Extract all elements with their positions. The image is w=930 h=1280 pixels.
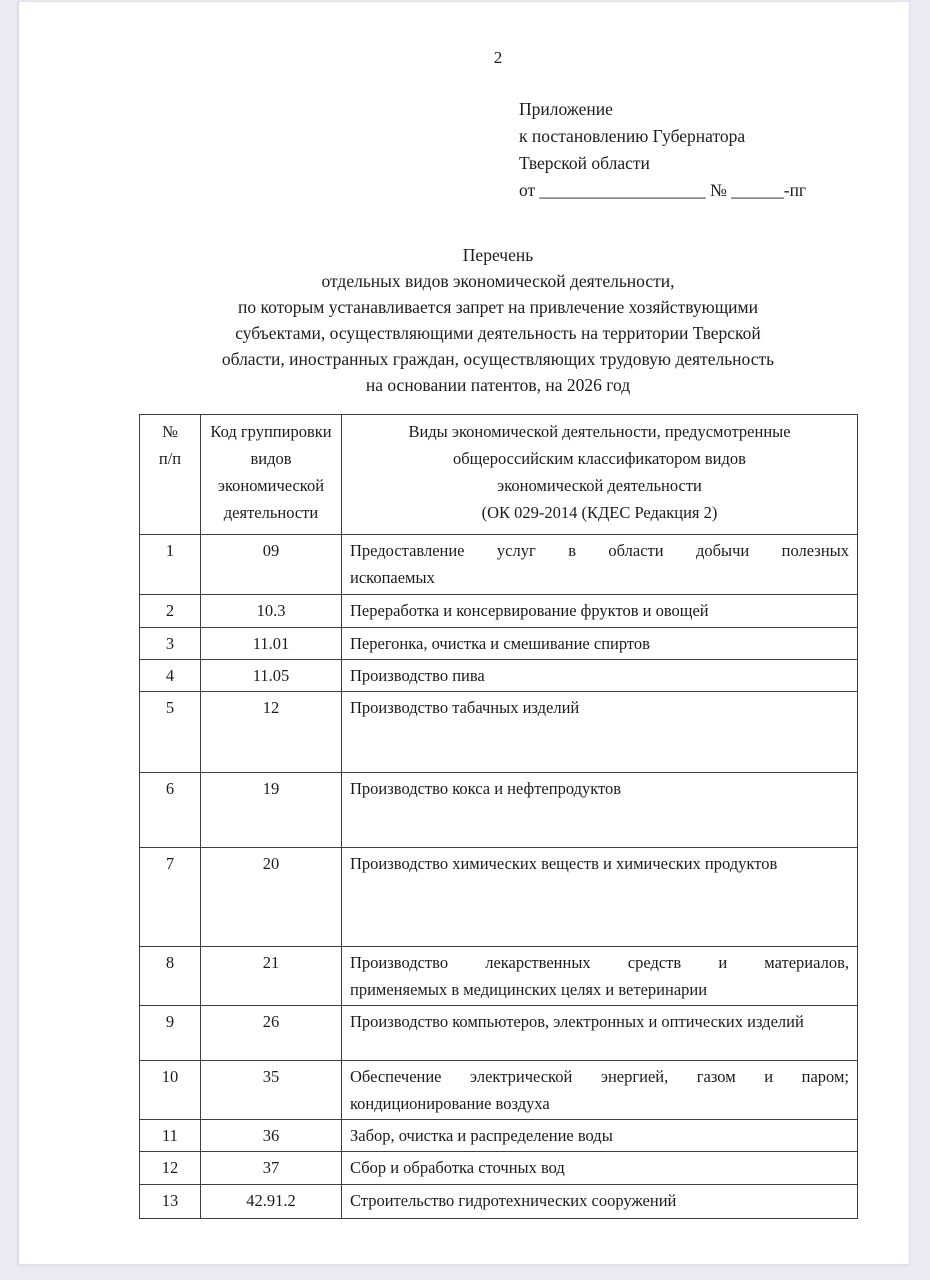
row-code-cell: 37 [201, 1152, 342, 1185]
row-number-cell: 8 [140, 947, 201, 1006]
row-number-cell: 11 [140, 1120, 201, 1152]
activity-line: кондиционирование воздуха [350, 1090, 849, 1117]
row-activity-cell: Производство компьютеров, электронных и … [342, 1006, 858, 1061]
activities-table: № п/п Код группировки видов экономическо… [139, 414, 858, 1219]
row-activity-cell: Обеспечение электрической энергией, газо… [342, 1061, 858, 1120]
row-code-cell: 11.01 [201, 628, 342, 660]
row-activity-cell: Производство пива [342, 660, 858, 692]
row-activity-cell: Сбор и обработка сточных вод [342, 1152, 858, 1185]
table-row: 8 21 Производство лекарственных средств … [140, 947, 858, 1006]
table-row: 12 37 Сбор и обработка сточных вод [140, 1152, 858, 1185]
row-number-cell: 13 [140, 1185, 201, 1219]
table-row: 10 35 Обеспечение электрической энергией… [140, 1061, 858, 1120]
table-row: 6 19 Производство кокса и нефтепродуктов [140, 773, 858, 848]
table-header-row: № п/п Код группировки видов экономическо… [140, 415, 858, 535]
row-code-cell: 20 [201, 848, 342, 947]
row-code-cell: 26 [201, 1006, 342, 1061]
appendix-line: к постановлению Губернатора [519, 123, 857, 150]
row-code-cell: 10.3 [201, 595, 342, 628]
row-number-cell: 1 [140, 535, 201, 595]
activity-line: Обеспечение электрической энергией, газо… [350, 1063, 849, 1090]
header-cell-number: № п/п [140, 415, 201, 535]
row-number-cell: 7 [140, 848, 201, 947]
row-code-cell: 36 [201, 1120, 342, 1152]
appendix-block: Приложение к постановлению Губернатора Т… [519, 96, 857, 204]
header-cell-code: Код группировки видов экономической деят… [201, 415, 342, 535]
page-number: 2 [139, 48, 857, 68]
row-activity-cell: Производство табачных изделий [342, 692, 858, 773]
header-activity-line: Виды экономической деятельности, предусм… [350, 418, 849, 445]
title-line: на основании патентов, на 2026 год [139, 372, 857, 398]
table-row: 5 12 Производство табачных изделий [140, 692, 858, 773]
activity-line: применяемых в медицинских целях и ветери… [350, 976, 849, 1003]
row-number-cell: 4 [140, 660, 201, 692]
page-content: 2 Приложение к постановлению Губернатора… [139, 48, 857, 1219]
row-number-cell: 10 [140, 1061, 201, 1120]
title-line: по которым устанавливается запрет на при… [139, 294, 857, 320]
header-activity-line: (ОК 029-2014 (КДЕС Редакция 2) [350, 499, 849, 526]
table-row: 1 09 Предоставление услуг в области добы… [140, 535, 858, 595]
row-number-cell: 2 [140, 595, 201, 628]
row-code-cell: 11.05 [201, 660, 342, 692]
appendix-line: Приложение [519, 96, 857, 123]
row-number-cell: 5 [140, 692, 201, 773]
header-activity-line: общероссийским классификатором видов [350, 445, 849, 472]
activity-line: Предоставление услуг в области добычи по… [350, 537, 849, 564]
row-activity-cell: Строительство гидротехнических сооружени… [342, 1185, 858, 1219]
row-activity-cell: Забор, очистка и распределение воды [342, 1120, 858, 1152]
header-number-line: № [148, 418, 192, 445]
row-activity-cell: Предоставление услуг в области добычи по… [342, 535, 858, 595]
row-code-cell: 19 [201, 773, 342, 848]
title-line: Перечень [139, 242, 857, 268]
row-activity-cell: Производство химических веществ и химиче… [342, 848, 858, 947]
row-code-cell: 12 [201, 692, 342, 773]
table-row: 13 42.91.2 Строительство гидротехнически… [140, 1185, 858, 1219]
row-activity-cell: Производство кокса и нефтепродуктов [342, 773, 858, 848]
row-activity-cell: Производство лекарственных средств и мат… [342, 947, 858, 1006]
table-row: 4 11.05 Производство пива [140, 660, 858, 692]
table-row: 9 26 Производство компьютеров, электронн… [140, 1006, 858, 1061]
document-page: 2 Приложение к постановлению Губернатора… [18, 2, 909, 1265]
row-number-cell: 9 [140, 1006, 201, 1061]
title-line: отдельных видов экономической деятельнос… [139, 268, 857, 294]
row-code-cell: 09 [201, 535, 342, 595]
document-title: Перечень отдельных видов экономической д… [139, 242, 857, 398]
row-code-cell: 35 [201, 1061, 342, 1120]
activity-line: Производство лекарственных средств и мат… [350, 949, 849, 976]
table-row: 7 20 Производство химических веществ и х… [140, 848, 858, 947]
title-line: субъектами, осуществляющими деятельность… [139, 320, 857, 346]
row-code-cell: 42.91.2 [201, 1185, 342, 1219]
row-activity-cell: Перегонка, очистка и смешивание спиртов [342, 628, 858, 660]
header-activity-line: экономической деятельности [350, 472, 849, 499]
title-line: области, иностранных граждан, осуществля… [139, 346, 857, 372]
activity-line: ископаемых [350, 564, 849, 591]
table-row: 11 36 Забор, очистка и распределение вод… [140, 1120, 858, 1152]
header-number-line: п/п [148, 445, 192, 472]
header-cell-activity: Виды экономической деятельности, предусм… [342, 415, 858, 535]
row-number-cell: 12 [140, 1152, 201, 1185]
row-activity-cell: Переработка и консервирование фруктов и … [342, 595, 858, 628]
row-code-cell: 21 [201, 947, 342, 1006]
table-row: 2 10.3 Переработка и консервирование фру… [140, 595, 858, 628]
appendix-line: Тверской области [519, 150, 857, 177]
table-row: 3 11.01 Перегонка, очистка и смешивание … [140, 628, 858, 660]
appendix-line: от ___________________ № ______-пг [519, 177, 857, 204]
row-number-cell: 3 [140, 628, 201, 660]
row-number-cell: 6 [140, 773, 201, 848]
